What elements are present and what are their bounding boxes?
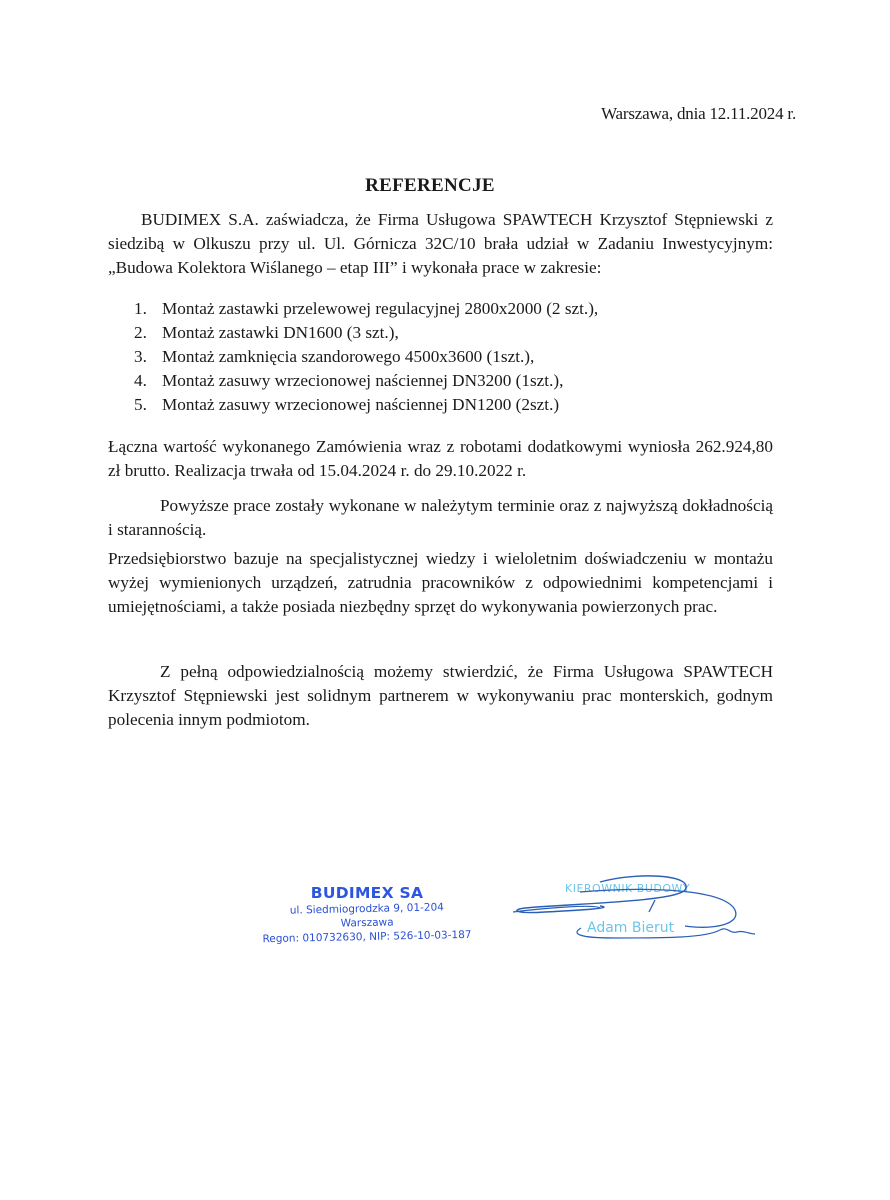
quality-text: Powyższe prace zostały wykonane w należy… [108, 494, 773, 542]
capability-text: Przedsiębiorstwo bazuje na specjalistycz… [108, 547, 773, 619]
list-text: Montaż zasuwy wrzecionowej naściennej DN… [162, 369, 563, 393]
list-number: 5. [134, 393, 162, 417]
scope-list: 1.Montaż zastawki przelewowej regulacyjn… [134, 297, 598, 417]
list-number: 3. [134, 345, 162, 369]
list-number: 4. [134, 369, 162, 393]
stamp-company-name: BUDIMEX SA [262, 884, 472, 902]
document-page: Warszawa, dnia 12.11.2024 r. REFERENCJE … [0, 0, 890, 1200]
intro-paragraph: BUDIMEX S.A. zaświadcza, że Firma Usługo… [108, 208, 773, 280]
quality-paragraph: Powyższe prace zostały wykonane w należy… [108, 494, 773, 542]
list-text: Montaż zastawki DN1600 (3 szt.), [162, 321, 399, 345]
list-number: 1. [134, 297, 162, 321]
value-paragraph: Łączna wartość wykonanego Zamówienia wra… [108, 435, 773, 483]
document-title: REFERENCJE [0, 175, 860, 197]
list-item: 1.Montaż zastawki przelewowej regulacyjn… [134, 297, 598, 321]
recommendation-text: Z pełną odpowiedzialnością możemy stwier… [108, 660, 773, 732]
capability-paragraph: Przedsiębiorstwo bazuje na specjalistycz… [108, 547, 773, 619]
intro-text: BUDIMEX S.A. zaświadcza, że Firma Usługo… [108, 208, 773, 280]
stamp-company-registry: Regon: 010732630, NIP: 526-10-03-187 [262, 928, 472, 946]
value-text: Łączna wartość wykonanego Zamówienia wra… [108, 435, 773, 483]
company-stamp: BUDIMEX SA ul. Siedmiogrodzka 9, 01-204 … [262, 884, 472, 944]
list-number: 2. [134, 321, 162, 345]
list-item: 4.Montaż zasuwy wrzecionowej naściennej … [134, 369, 598, 393]
list-item: 5.Montaż zasuwy wrzecionowej naściennej … [134, 393, 598, 417]
handwritten-signature-icon [505, 868, 765, 948]
list-item: 3.Montaż zamknięcia szandorowego 4500x36… [134, 345, 598, 369]
stamp-company-address: ul. Siedmiogrodzka 9, 01-204 Warszawa [262, 900, 473, 932]
recommendation-paragraph: Z pełną odpowiedzialnością możemy stwier… [108, 660, 773, 732]
signature-stamp: KIEROWNIK BUDOWY Adam Bierut [505, 868, 765, 948]
list-text: Montaż zamknięcia szandorowego 4500x3600… [162, 345, 534, 369]
list-text: Montaż zastawki przelewowej regulacyjnej… [162, 297, 598, 321]
date-line: Warszawa, dnia 12.11.2024 r. [601, 104, 796, 124]
list-text: Montaż zasuwy wrzecionowej naściennej DN… [162, 393, 559, 417]
list-item: 2.Montaż zastawki DN1600 (3 szt.), [134, 321, 598, 345]
